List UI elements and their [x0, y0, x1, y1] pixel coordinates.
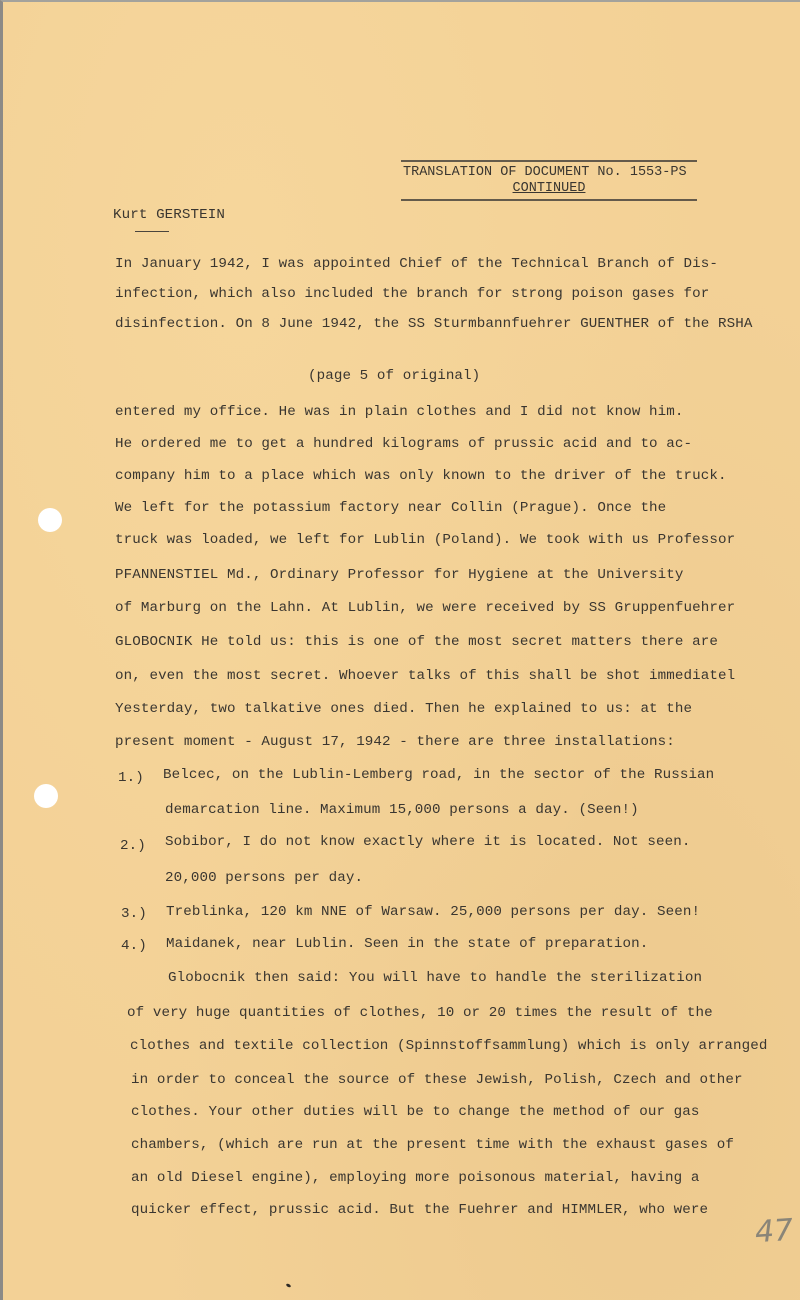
body-line: company him to a place which was only kn… — [115, 468, 727, 484]
list-item-continuation: demarcation line. Maximum 15,000 persons… — [165, 802, 639, 818]
body-line: Yesterday, two talkative ones died. Then… — [115, 701, 692, 717]
body-line: entered my office. He was in plain cloth… — [115, 404, 684, 420]
ink-speck — [286, 1283, 292, 1288]
list-item-number: 1.) — [118, 770, 144, 786]
body-line: clothes and textile collection (Spinnsto… — [130, 1038, 767, 1054]
body-line: We left for the potassium factory near C… — [115, 500, 666, 516]
body-line: present moment - August 17, 1942 - there… — [115, 734, 675, 750]
body-line: clothes. Your other duties will be to ch… — [131, 1104, 700, 1120]
list-item-text: Sobibor, I do not know exactly where it … — [165, 834, 690, 850]
list-item-number: 3.) — [121, 906, 147, 922]
body-line: infection, which also included the branc… — [115, 286, 709, 302]
body-line: of Marburg on the Lahn. At Lublin, we we… — [115, 600, 735, 616]
body-line: disinfection. On 8 June 1942, the SS Stu… — [115, 316, 752, 332]
body-line: PFANNENSTIEL Md., Ordinary Professor for… — [115, 567, 684, 583]
body-line: Globocnik then said: You will have to ha… — [168, 970, 702, 986]
list-item-number: 4.) — [121, 938, 147, 954]
author-name: Kurt GERSTEIN — [113, 207, 225, 223]
document-header: TRANSLATION OF DOCUMENT No. 1553-PS CONT… — [401, 160, 697, 201]
list-item-number: 2.) — [120, 838, 146, 854]
body-line: He ordered me to get a hundred kilograms… — [115, 436, 692, 452]
folio-number: 47 — [754, 1213, 795, 1251]
body-line: In January 1942, I was appointed Chief o… — [115, 256, 718, 272]
list-item-text: Belcec, on the Lublin-Lemberg road, in t… — [163, 767, 714, 783]
body-line: chambers, (which are run at the present … — [131, 1137, 734, 1153]
page-note: (page 5 of original) — [308, 368, 480, 384]
punch-hole-bottom — [34, 784, 58, 808]
punch-hole-top — [38, 508, 62, 532]
body-line: an old Diesel engine), employing more po… — [131, 1170, 700, 1186]
header-top-rule — [401, 160, 697, 162]
body-line: in order to conceal the source of these … — [131, 1072, 743, 1088]
list-item-continuation: 20,000 persons per day. — [165, 870, 363, 886]
body-line: of very huge quantities of clothes, 10 o… — [127, 1005, 713, 1021]
body-line: on, even the most secret. Whoever talks … — [115, 668, 735, 684]
author-underline — [135, 231, 169, 232]
header-title: TRANSLATION OF DOCUMENT No. 1553-PS — [401, 165, 697, 181]
header-bottom-rule — [401, 199, 697, 201]
header-subtitle: CONTINUED — [401, 181, 697, 197]
list-item-text: Maidanek, near Lublin. Seen in the state… — [166, 936, 648, 952]
body-line: truck was loaded, we left for Lublin (Po… — [115, 532, 735, 548]
body-line: quicker effect, prussic acid. But the Fu… — [131, 1202, 708, 1218]
list-item-text: Treblinka, 120 km NNE of Warsaw. 25,000 … — [166, 904, 700, 920]
body-line: GLOBOCNIK He told us: this is one of the… — [115, 634, 718, 650]
document-page: TRANSLATION OF DOCUMENT No. 1553-PS CONT… — [0, 0, 800, 1300]
